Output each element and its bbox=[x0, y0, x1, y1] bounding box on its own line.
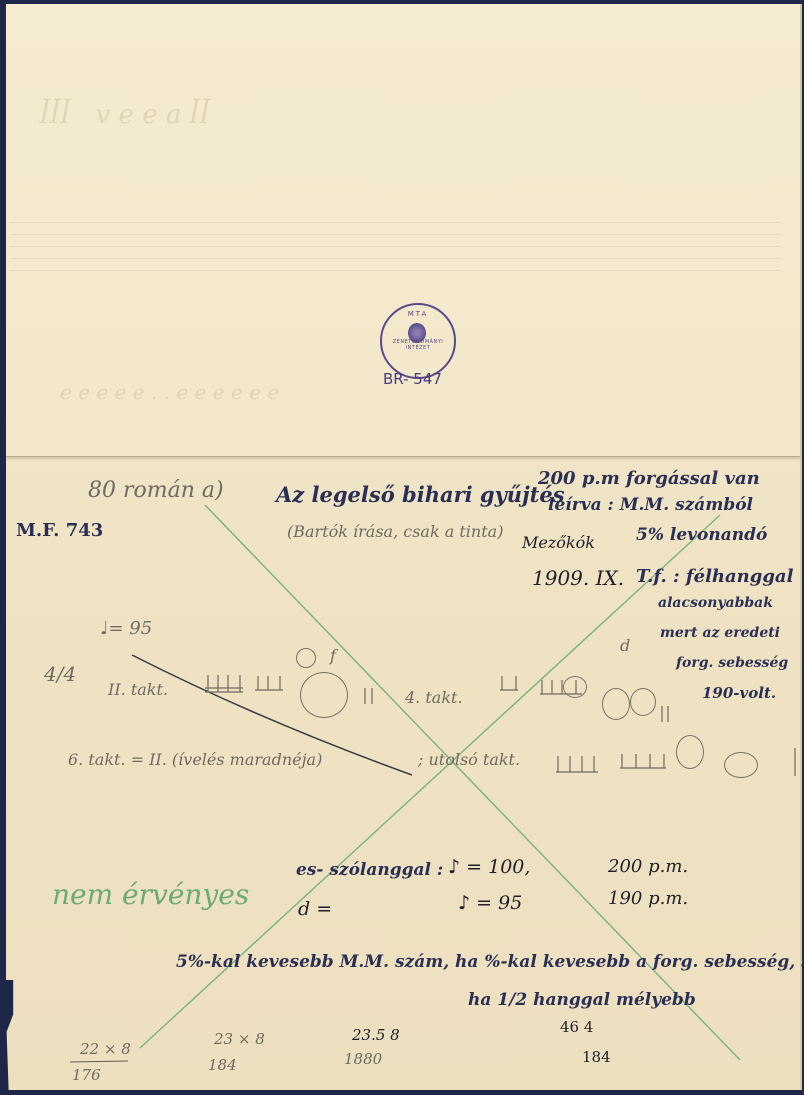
note-bottom-3: 46 4 bbox=[560, 1018, 593, 1036]
time-signature: 4/4 bbox=[44, 662, 76, 686]
calc-2-pm: 190 p.m. bbox=[608, 888, 688, 909]
calc-1-pm: 200 p.m. bbox=[608, 856, 688, 877]
circled-note bbox=[300, 672, 348, 718]
sum-line bbox=[70, 1061, 128, 1062]
math-2-top: 23 × 8 bbox=[214, 1030, 265, 1048]
note-heading: Az legelső bihari gyűjtés bbox=[276, 482, 565, 507]
calc-2-value: ♪ = 95 bbox=[458, 892, 522, 914]
math-2-bottom: 184 bbox=[208, 1056, 237, 1074]
tempo-marking: ♩= 95 bbox=[100, 618, 152, 639]
circled-ornament bbox=[563, 676, 587, 698]
calc-1-value: ♪ = 100, bbox=[448, 856, 530, 878]
math-3-top: 23.5 8 bbox=[352, 1026, 400, 1044]
bar-2-label: II. takt. bbox=[108, 680, 168, 699]
note-top-left: 80 román a) bbox=[88, 478, 224, 503]
math-1-bottom: 176 bbox=[72, 1066, 101, 1084]
note-right-2: leírva : M.M. számból bbox=[548, 495, 753, 515]
note-place: Mezőkók bbox=[522, 533, 595, 552]
note-bottom-4: 184 bbox=[582, 1048, 611, 1066]
math-3-bottom: 1880 bbox=[344, 1050, 382, 1068]
note-tf-5: 190-volt. bbox=[702, 684, 776, 702]
note-tf-4: forg. sebesség bbox=[676, 655, 788, 671]
rest-marker: d bbox=[620, 636, 630, 655]
catalog-number: M.F. 743 bbox=[16, 520, 103, 541]
strike-lines bbox=[0, 0, 804, 1095]
last-bar-label: ; utolsó takt. bbox=[418, 750, 520, 769]
note-right-3: 5% levonandó bbox=[636, 525, 767, 545]
circled-note bbox=[602, 688, 630, 720]
bar-6-label: 6. takt. = II. (ívelés maradnéja) bbox=[68, 750, 322, 769]
math-1-top: 22 × 8 bbox=[80, 1040, 131, 1058]
bar-4-label: 4. takt. bbox=[405, 688, 463, 707]
note-right-1: 200 p.m forgással van bbox=[538, 468, 760, 489]
note-tf-3: mert az eredeti bbox=[660, 625, 780, 641]
circled-note bbox=[630, 688, 656, 716]
invalid-note-green: nem érvényes bbox=[52, 878, 249, 911]
note-date: 1909. IX. bbox=[532, 566, 624, 590]
note-bottom-2: ha 1/2 hanggal mélyebb bbox=[468, 990, 696, 1010]
circled-note bbox=[724, 752, 758, 778]
circled-note bbox=[676, 735, 704, 769]
green-cross-line bbox=[205, 505, 740, 1060]
note-tf-2: alacsonyabbak bbox=[658, 595, 773, 611]
forte-mark: f bbox=[330, 646, 336, 665]
calc-2-label: d = bbox=[298, 898, 332, 920]
note-heading-sub: (Bartók írása, csak a tinta) bbox=[287, 522, 503, 541]
note-bottom-1: 5%-kal kevesebb M.M. szám, ha %-kal keve… bbox=[176, 952, 804, 972]
calc-1-label: es- szólanggal : bbox=[296, 860, 443, 880]
circled-ornament bbox=[296, 648, 316, 668]
note-tf: T.f. : félhanggal bbox=[636, 566, 793, 587]
